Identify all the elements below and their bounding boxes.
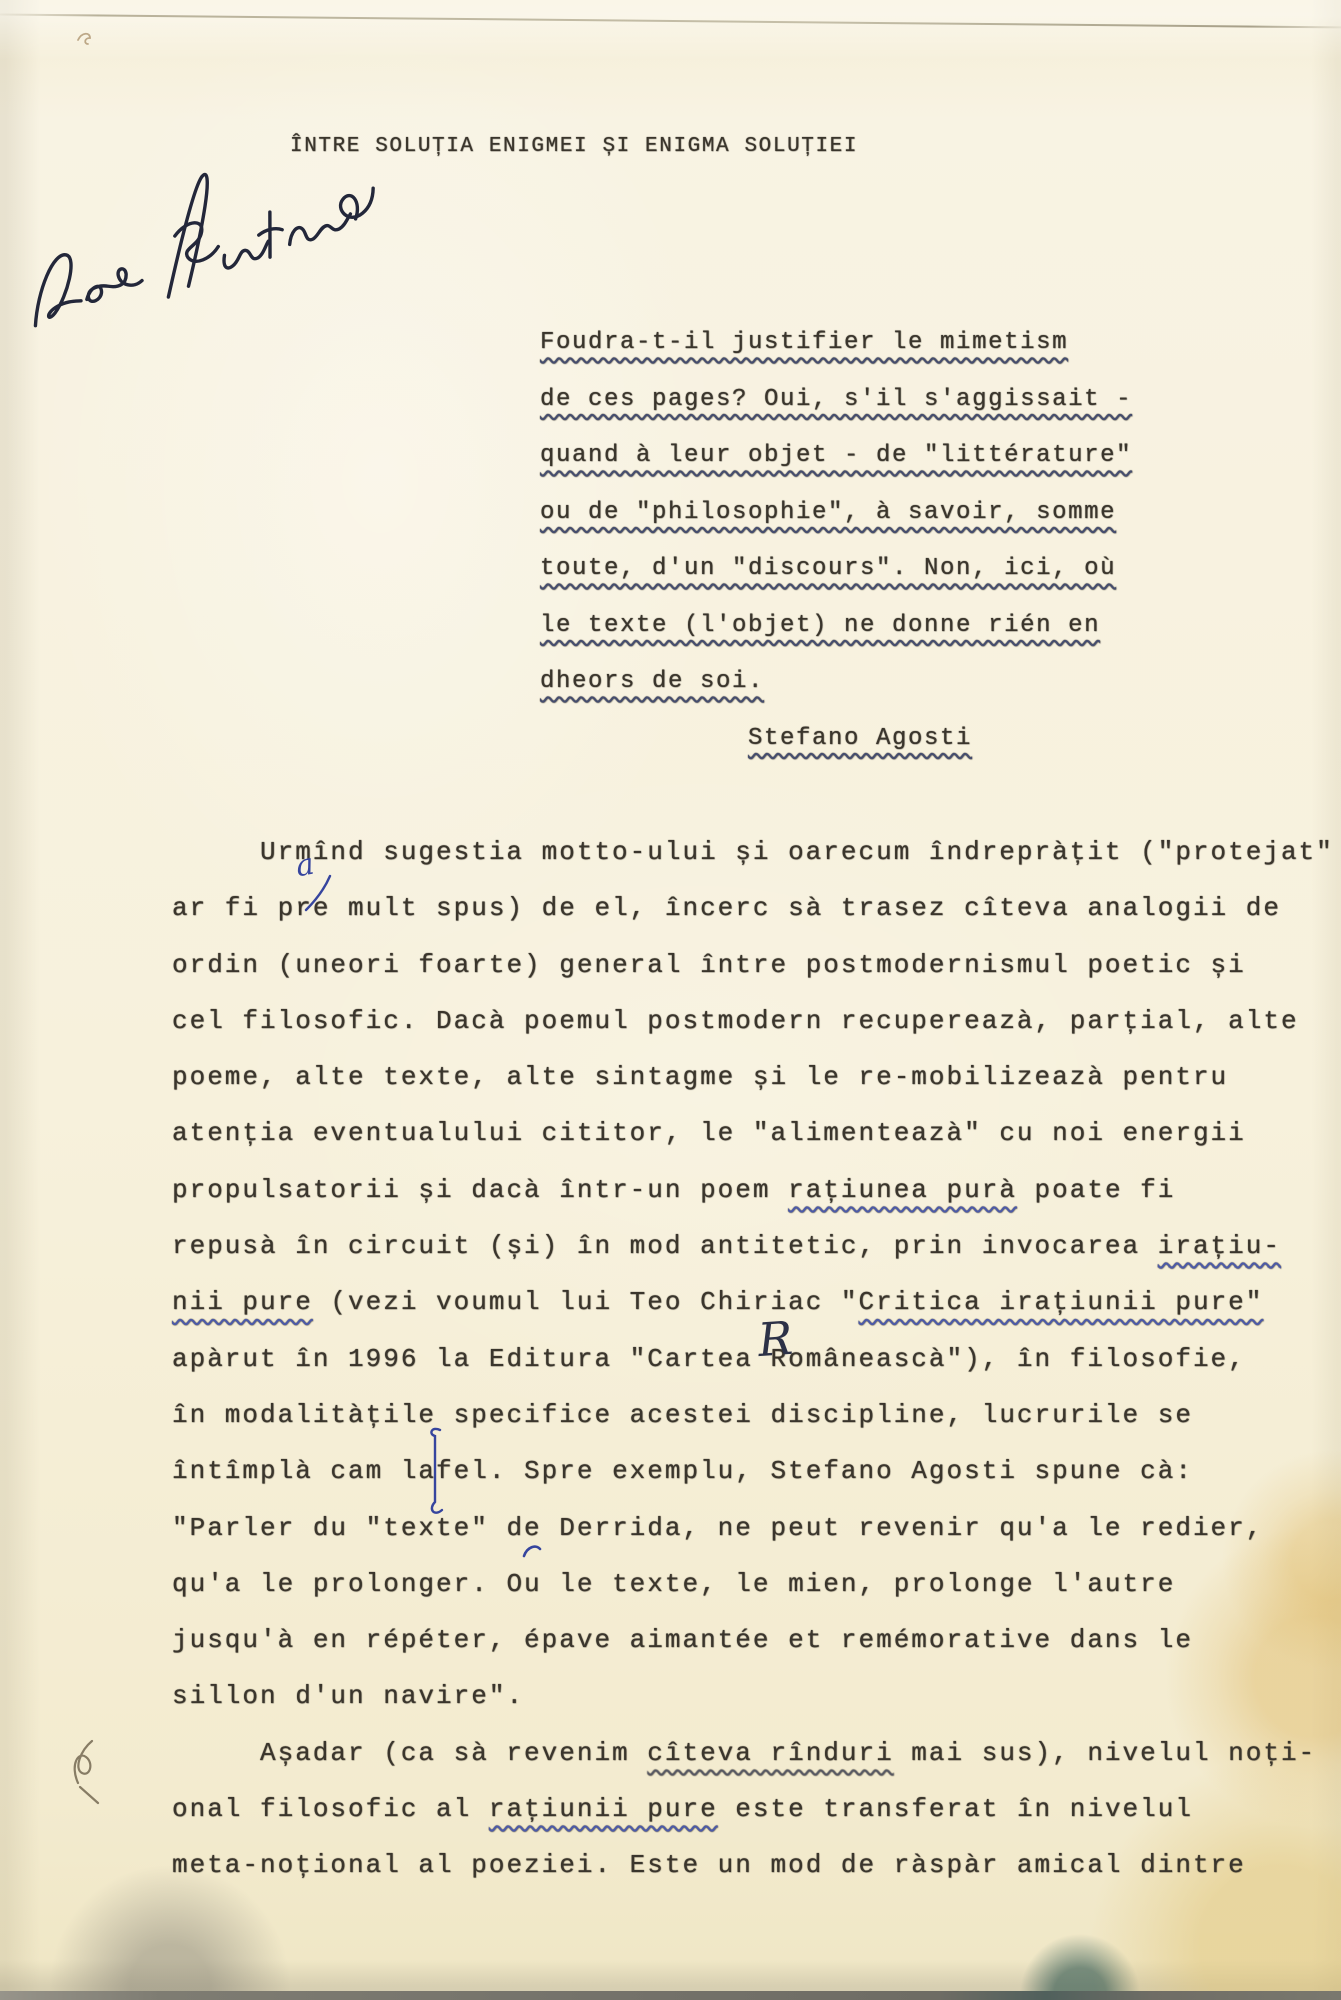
underlined-text: rațiunii pure: [489, 1794, 718, 1824]
paper-speck: [76, 30, 96, 55]
typed-text: este transferat în nivelul: [718, 1794, 1193, 1824]
typed-text: ordin (uneori foarte) general între post…: [172, 950, 1246, 980]
epigraph-text: toute, d'un "discours". Non, ici, où: [540, 555, 1116, 582]
scanned-typewritten-page: { "colors": { "ink": "#3a352c", "wavy-in…: [0, 0, 1341, 2000]
typed-text: poeme, alte texte, alte sintagme și le r…: [172, 1062, 1228, 1092]
typed-line: în modalitàțile specifice acestei discip…: [172, 1387, 1341, 1443]
overwritten-letter: R: [756, 1311, 794, 1367]
typed-line: întîmplà cam lafel. Spre exemplu, Stefan…: [172, 1443, 1341, 1499]
margin-pencil-mark: [58, 1735, 114, 1820]
paper-crease: [0, 13, 1341, 28]
typed-text: poate fi: [1017, 1175, 1175, 1205]
typed-line: propulsatorii și dacà într-un poem rațiu…: [172, 1162, 1341, 1218]
body-text: Urmînd sugestia motto-ului și oarecum în…: [172, 824, 1341, 1894]
typed-line: ar fi pre mult spus) de el, încerc sà tr…: [172, 880, 1341, 936]
epigraph-line: ou de "philosophie", à savoir, somme: [540, 485, 1132, 542]
typed-line: ordin (uneori foarte) general între post…: [172, 937, 1341, 993]
typed-text: Așadar (ca sà revenim: [260, 1738, 647, 1768]
typed-line: "Parler du "texte" de Derrida, ne peut r…: [172, 1500, 1341, 1556]
typed-text: ar fi pre mult spus) de el, încerc sà tr…: [172, 893, 1281, 923]
typed-line: repusà în circuit (și) în mod antitetic,…: [172, 1218, 1341, 1274]
typed-text: repusà în circuit (și) în mod antitetic,…: [172, 1231, 1158, 1261]
typed-text: "Parler du "texte" de Derrida, ne peut r…: [172, 1513, 1263, 1543]
typed-line: meta-noțional al poeziei. Este un mod de…: [172, 1837, 1341, 1893]
typed-text: mai sus), nivelul noți-: [894, 1738, 1316, 1768]
typed-text: meta-noțional al poeziei. Este un mod de…: [172, 1850, 1246, 1880]
attribution-text: Stefano Agosti: [748, 725, 972, 752]
typed-text: cel filosofic. Dacà poemul postmodern re…: [172, 1006, 1299, 1036]
epigraph-line: Foudra-t-il justifier le mimetism: [540, 315, 1132, 372]
typed-line: Așadar (ca sà revenim cîteva rînduri mai…: [172, 1725, 1341, 1781]
signature-strokes: [0, 124, 419, 360]
epigraph-text: le texte (l'objet) ne donne rién en: [540, 612, 1100, 639]
underlined-text: rațiunea purà: [788, 1175, 1017, 1205]
typed-line: atenția eventualului cititor, le "alimen…: [172, 1105, 1341, 1161]
typed-line: poeme, alte texte, alte sintagme și le r…: [172, 1049, 1341, 1105]
epigraph-line: toute, d'un "discours". Non, ici, où: [540, 541, 1132, 598]
typed-line: cel filosofic. Dacà poemul postmodern re…: [172, 993, 1341, 1049]
epigraph-line: de ces pages? Oui, s'il s'aggissait -: [540, 372, 1132, 429]
typed-text: Urmînd sugestia motto-ului și oarecum în…: [260, 837, 1334, 867]
epigraph-line: dheors de soi.: [540, 654, 1132, 711]
author-signature: [0, 124, 419, 360]
epigraph-line: quand à leur objet - de "littérature": [540, 428, 1132, 485]
epigraph-text: ou de "philosophie", à savoir, somme: [540, 499, 1116, 526]
epigraph-text: de ces pages? Oui, s'il s'aggissait -: [540, 386, 1132, 413]
typed-text: atenția eventualului cititor, le "alimen…: [172, 1118, 1246, 1148]
typed-text: întîmplà cam lafel. Spre exemplu, Stefan…: [172, 1456, 1193, 1486]
typed-text: onal filosofic al: [172, 1794, 489, 1824]
epigraph-text: dheors de soi.: [540, 668, 764, 695]
underlined-text: Critica irațiunii pure": [859, 1287, 1264, 1317]
typed-line: jusqu'à en répéter, épave aimantée et re…: [172, 1612, 1341, 1668]
scan-edge-shadow: [0, 1991, 1341, 2000]
underlined-text: nii pure: [172, 1287, 313, 1317]
typed-line: sillon d'un navire".: [172, 1668, 1341, 1724]
underlined-text: cîteva rînduri: [647, 1738, 893, 1768]
epigraph-line: le texte (l'objet) ne donne rién en: [540, 598, 1132, 655]
typed-text: qu'a le prolonger. Ou le texte, le mien,…: [172, 1569, 1175, 1599]
typed-text: propulsatorii și dacà într-un poem: [172, 1175, 788, 1205]
typed-text: în modalitàțile specifice acestei discip…: [172, 1400, 1193, 1430]
epigraph-text: quand à leur objet - de "littérature": [540, 442, 1132, 469]
typed-text: apàrut în 1996 la Editura "Cartea Române…: [172, 1344, 1246, 1374]
typed-text: jusqu'à en répéter, épave aimantée et re…: [172, 1625, 1193, 1655]
epigraph: Foudra-t-il justifier le mimetism de ces…: [540, 315, 1132, 767]
typed-line: Urmînd sugestia motto-ului și oarecum în…: [172, 824, 1341, 880]
typed-line: onal filosofic al rațiunii pure este tra…: [172, 1781, 1341, 1837]
typed-text: sillon d'un navire".: [172, 1681, 524, 1711]
epigraph-text: Foudra-t-il justifier le mimetism: [540, 329, 1068, 356]
typed-line: apàrut în 1996 la Editura "Cartea Române…: [172, 1331, 1341, 1387]
underlined-text: irațiu-: [1158, 1231, 1281, 1261]
epigraph-attribution: Stefano Agosti: [748, 711, 1132, 768]
typed-line: qu'a le prolonger. Ou le texte, le mien,…: [172, 1556, 1341, 1612]
